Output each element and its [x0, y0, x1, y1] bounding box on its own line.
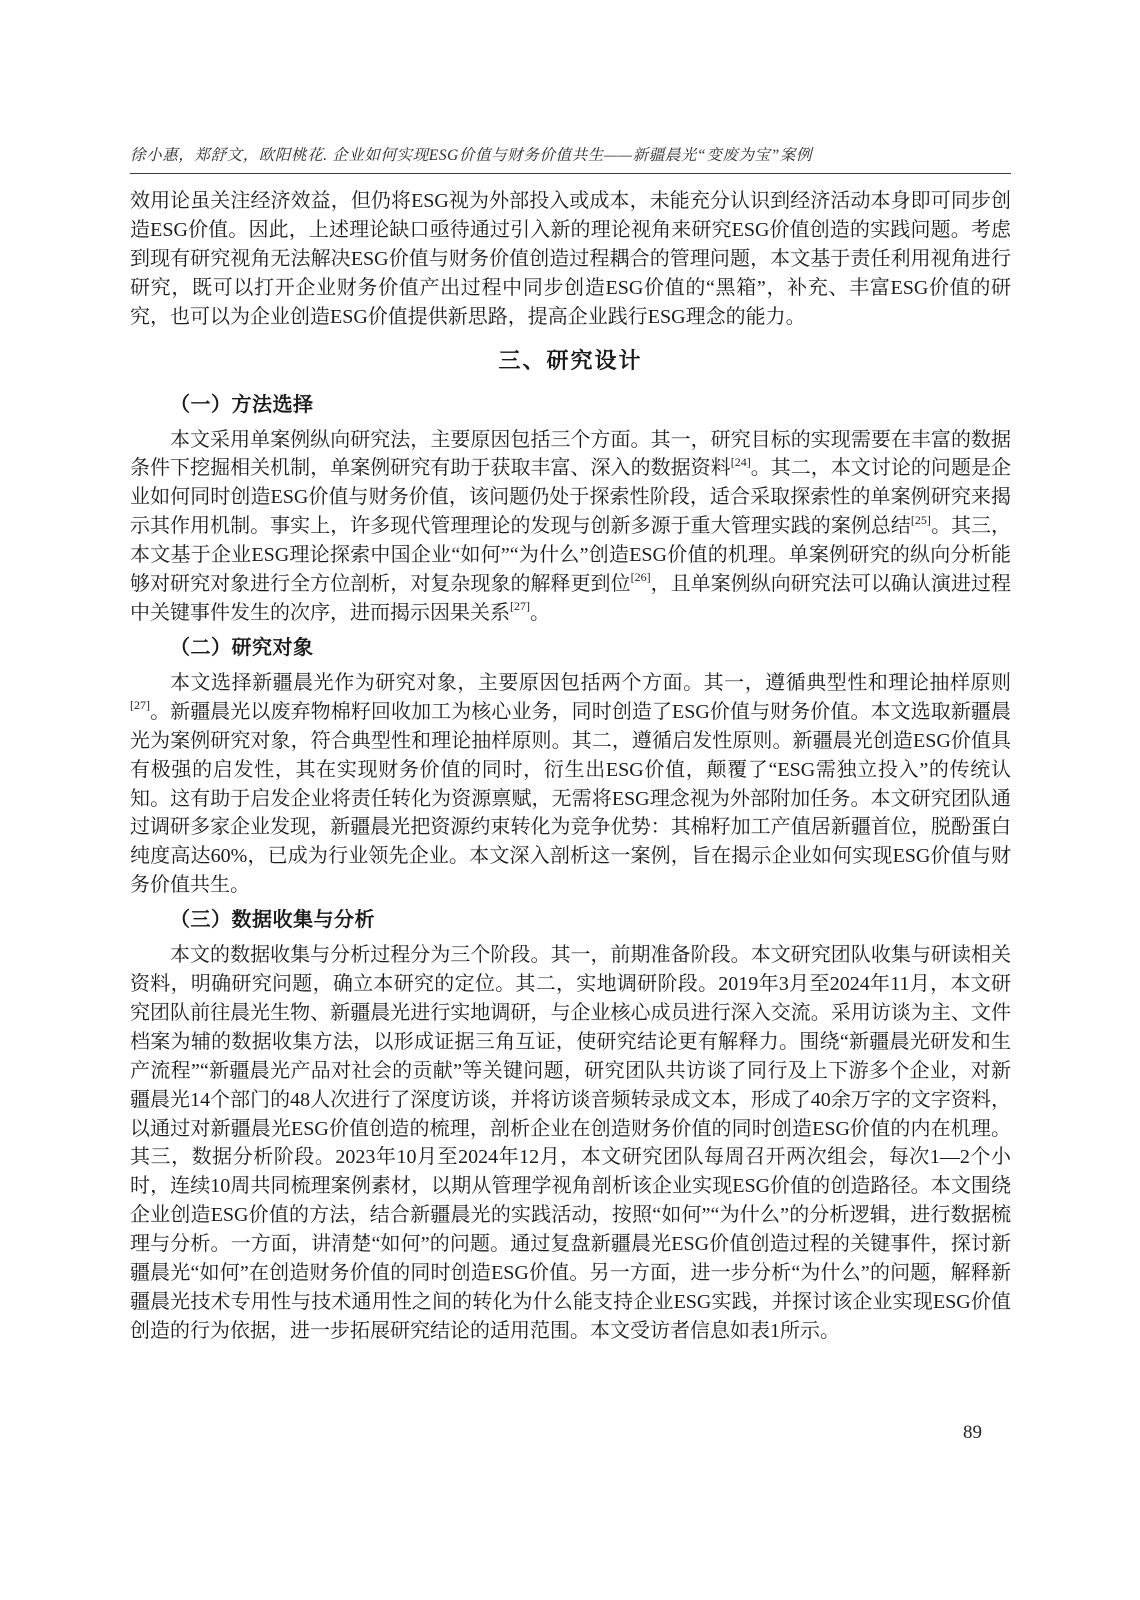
reference-marker: [24] [731, 455, 751, 469]
subsection-heading-research-object: （二）研究对象 [130, 634, 1011, 663]
intro-paragraph: 效用论虽关注经济效益，但仍将ESG视为外部投入或成本，未能充分认识到经济活动本身… [130, 187, 1011, 332]
body-paragraph-research-object: 本文选择新疆晨光作为研究对象，主要原因包括两个方面。其一，遵循典型性和理论抽样原… [130, 669, 1011, 900]
running-head: 徐小惠，郑舒文，欧阳桃花. 企业如何实现ESG价值与财务价值共生——新疆晨光“变… [130, 146, 1011, 166]
subsection-heading-method: （一）方法选择 [130, 391, 1011, 420]
body-paragraph-data-collection: 本文的数据收集与分析过程分为三个阶段。其一，前期准备阶段。本文研究团队收集与研读… [130, 941, 1011, 1346]
reference-marker: [26] [631, 570, 651, 584]
document-page: 徐小惠，郑舒文，欧阳桃花. 企业如何实现ESG价值与财务价值共生——新疆晨光“变… [0, 0, 1140, 1600]
page-header: 徐小惠，郑舒文，欧阳桃花. 企业如何实现ESG价值与财务价值共生——新疆晨光“变… [130, 146, 1011, 174]
body-paragraph-method: 本文采用单案例纵向研究法，主要原因包括三个方面。其一，研究目标的实现需要在丰富的… [130, 426, 1011, 628]
subsection-heading-data-collection: （三）数据收集与分析 [130, 906, 1011, 935]
page-number: 89 [963, 1421, 982, 1445]
section-heading: 三、研究设计 [130, 346, 1011, 376]
page-body: 效用论虽关注经济效益，但仍将ESG视为外部投入或成本，未能充分认识到经济活动本身… [130, 187, 1011, 1346]
reference-marker: [27] [130, 698, 150, 712]
header-rule [130, 173, 1011, 174]
reference-marker: [27] [510, 599, 530, 613]
reference-marker: [25] [911, 513, 931, 527]
